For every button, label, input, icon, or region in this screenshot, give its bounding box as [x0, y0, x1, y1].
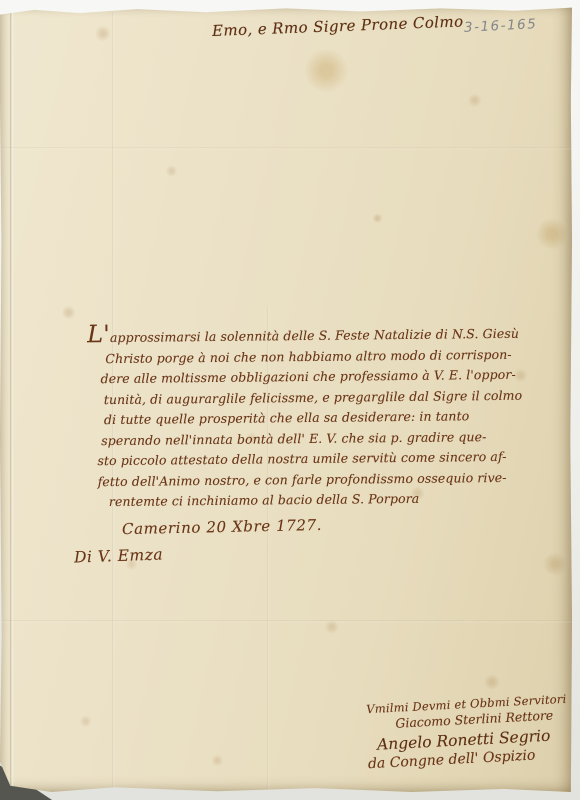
letter-body-line: rentemte ci inchiniamo al bacio della S.… [109, 488, 521, 513]
salutation-line: Emo, e Rmo Sigre Prone Colmo [212, 12, 472, 40]
closing-formula: Di V. Emza [74, 545, 164, 566]
manuscript-letter-scan: Emo, e Rmo Sigre Prone Colmo 3-16-165 L'… [0, 0, 580, 800]
letter-paper-sheet: Emo, e Rmo Sigre Prone Colmo 3-16-165 L'… [0, 6, 572, 792]
signature-block: Vmilmi Devmi et Obbmi Servitori Giacomo … [326, 692, 569, 774]
dateline: Camerino 20 Xbre 1727. [122, 516, 322, 538]
letter-body: L'approssimarsi la solennità delle S. Fe… [87, 324, 521, 513]
fold-crease-vertical-left [10, 12, 14, 798]
archival-number-pencil: 3-16-165 [464, 16, 538, 36]
fold-crease-horizontal-top [0, 147, 572, 150]
fold-crease-horizontal-bottom [0, 620, 572, 623]
